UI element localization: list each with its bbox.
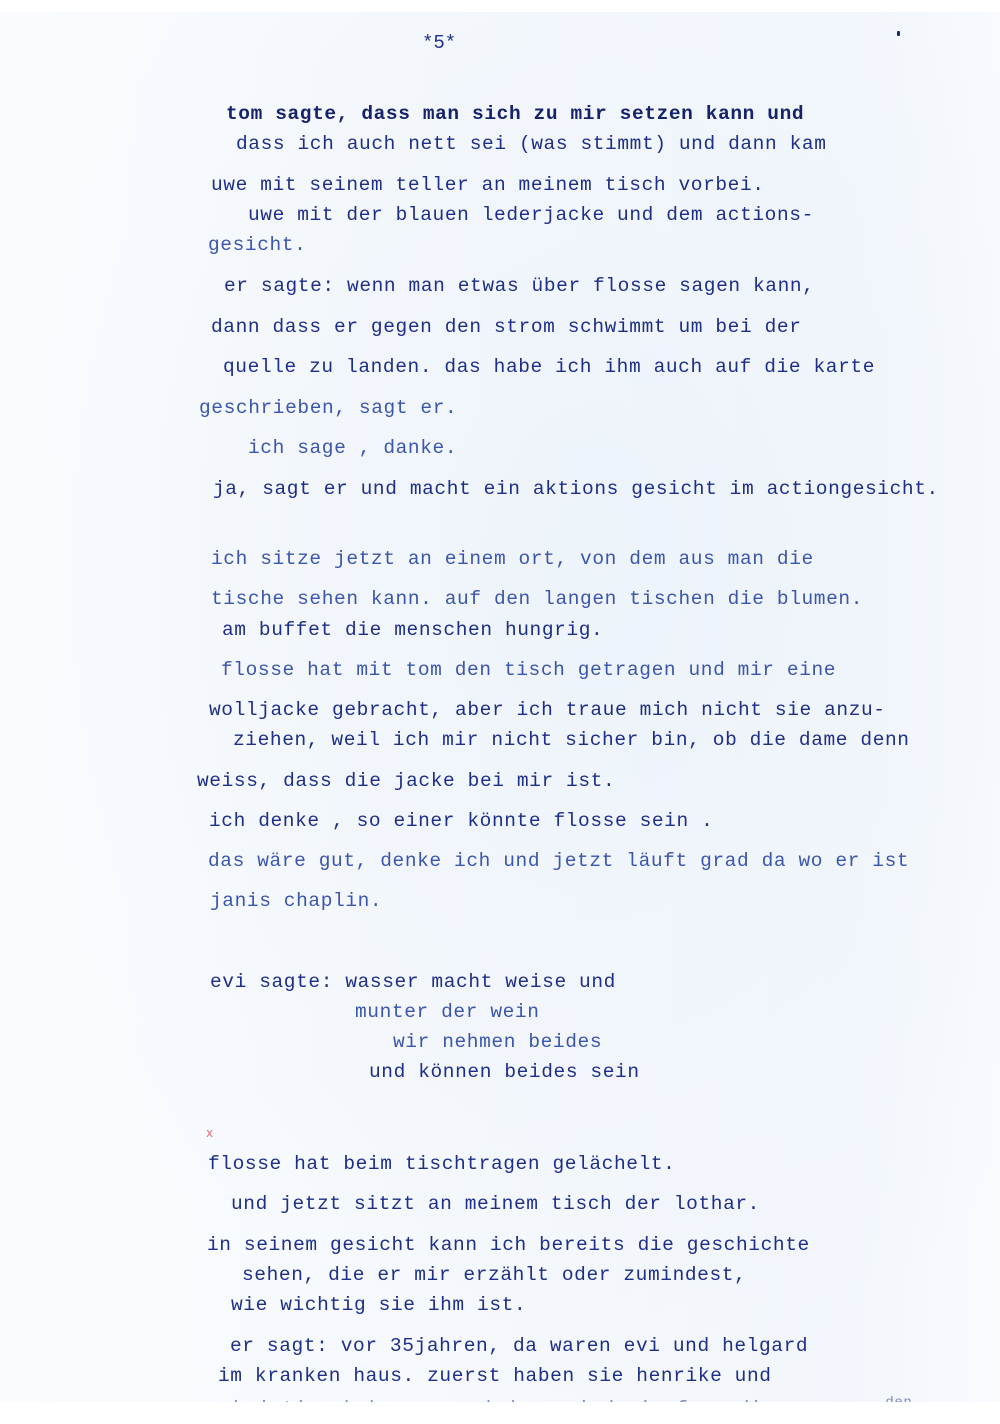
- margin-mark: x: [206, 1126, 213, 1140]
- text-line: im kranken haus. zuerst haben sie henrik…: [218, 1367, 772, 1387]
- text-line: das wäre gut, denke ich und jetzt läuft …: [208, 852, 909, 872]
- text-line: uwe mit der blauen lederjacke und dem ac…: [248, 206, 814, 226]
- page-bottom-edge: [0, 1402, 1000, 1424]
- text-line: sehen, die er mir erzählt oder zumindest…: [242, 1266, 746, 1286]
- text-line: ich sage , danke.: [248, 439, 457, 459]
- ink-speck: [897, 31, 900, 36]
- text-line: er sagte: wenn man etwas über flosse sag…: [224, 277, 815, 297]
- text-line: quelle zu landen. das habe ich ihm auch …: [223, 358, 875, 378]
- text-line: tom sagte, dass man sich zu mir setzen k…: [226, 105, 804, 125]
- poem-line: wir nehmen beides: [393, 1033, 602, 1053]
- text-line: geschrieben, sagt er.: [199, 399, 457, 419]
- text-line: wie wichtig sie ihm ist.: [231, 1296, 526, 1316]
- page-top-edge: [0, 0, 1000, 12]
- poem-line: munter der wein: [355, 1003, 540, 1023]
- text-line: weiss, dass die jacke bei mir ist.: [197, 772, 615, 792]
- text-line: gesicht.: [208, 236, 306, 256]
- text-line: flosse hat beim tischtragen gelächelt.: [208, 1155, 675, 1175]
- poem-line: evi sagte: wasser macht weise und: [210, 973, 616, 993]
- text-line: in seinem gesicht kann ich bereits die g…: [207, 1236, 810, 1256]
- text-line: flosse hat mit tom den tisch getragen un…: [221, 661, 836, 681]
- text-line: dass ich auch nett sei (was stimmt) und …: [236, 135, 827, 155]
- text-line: wolljacke gebracht, aber ich traue mich …: [209, 701, 886, 721]
- page-number: *5*: [422, 32, 456, 54]
- text-line: janis chaplin.: [210, 892, 382, 912]
- text-line: ich denke , so einer könnte flosse sein …: [209, 812, 713, 832]
- text-line: uwe mit seinem teller an meinem tisch vo…: [211, 176, 765, 196]
- text-line: er sagt: vor 35jahren, da waren evi und …: [230, 1337, 808, 1357]
- typewritten-page: *5* tom sagte, dass man sich zu mir setz…: [0, 0, 1000, 1424]
- text-line: am buffet die menschen hungrig.: [222, 621, 603, 641]
- poem-line: und können beides sein: [369, 1063, 640, 1083]
- text-line: tische sehen kann. auf den langen tische…: [211, 590, 863, 610]
- text-line: ja, sagt er und macht ein aktions gesich…: [213, 480, 939, 500]
- text-line: ich sitze jetzt an einem ort, von dem au…: [211, 550, 814, 570]
- text-line: und jetzt sitzt an meinem tisch der loth…: [231, 1195, 760, 1215]
- text-line: ziehen, weil ich mir nicht sicher bin, o…: [233, 731, 910, 751]
- text-line: dann dass er gegen den strom schwimmt um…: [211, 318, 802, 338]
